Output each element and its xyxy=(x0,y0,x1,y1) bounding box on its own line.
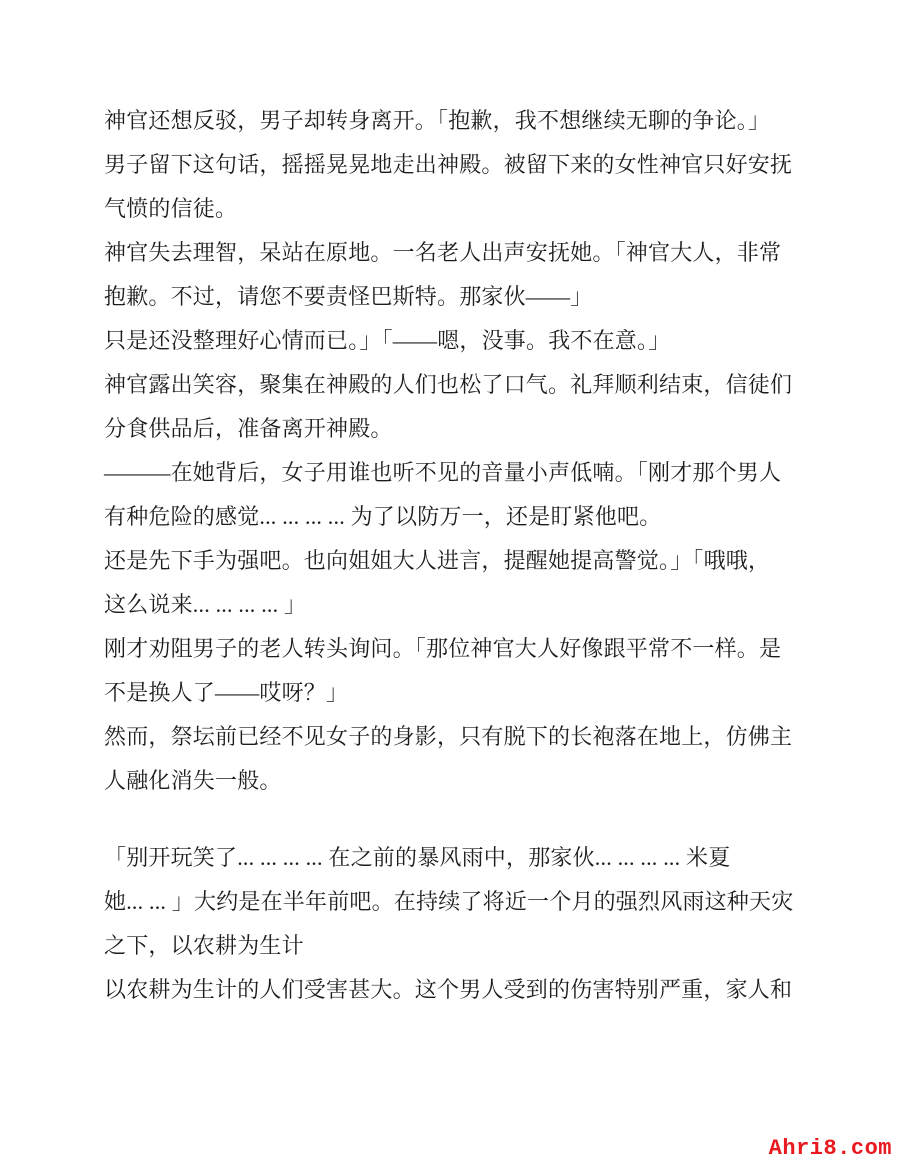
text-line: 「别开玩笑了... ... ... ... 在之前的暴风雨中，那家伙... ..… xyxy=(104,836,804,880)
text-line: 以农耕为生计的人们受害甚大。这个男人受到的伤害特别严重，家人和 xyxy=(104,968,804,1012)
text-line: 抱歉。不过，请您不要责怪巴斯特。那家伙——」 xyxy=(104,275,804,319)
text-line: 不是换人了——哎呀？」 xyxy=(104,671,804,715)
text-line: 她... ... 」大约是在半年前吧。在持续了将近一个月的强烈风雨这种天灾 xyxy=(104,880,804,924)
blank-line xyxy=(104,803,804,836)
text-line: 气愤的信徒。 xyxy=(104,187,804,231)
site-watermark: Ahri8.com xyxy=(769,1136,892,1161)
text-line: 然而，祭坛前已经不见女子的身影，只有脱下的长袍落在地上，仿佛主 xyxy=(104,715,804,759)
text-line: 人融化消失一般。 xyxy=(104,759,804,803)
text-line: 神官露出笑容，聚集在神殿的人们也松了口气。礼拜顺利结束，信徒们 xyxy=(104,363,804,407)
text-line: 这么说来... ... ... ... 」 xyxy=(104,583,804,627)
ebook-page: 神官还想反驳，男子却转身离开。「抱歉，我不想继续无聊的争论。」 男子留下这句话，… xyxy=(0,0,900,1165)
text-line: 还是先下手为强吧。也向姐姐大人进言，提醒她提高警觉。」「哦哦， xyxy=(104,539,804,583)
novel-text-block: 神官还想反驳，男子却转身离开。「抱歉，我不想继续无聊的争论。」 男子留下这句话，… xyxy=(104,99,804,1012)
text-line: 之下，以农耕为生计 xyxy=(104,924,804,968)
text-line: 有种危险的感觉... ... ... ... 为了以防万一，还是盯紧他吧。 xyxy=(104,495,804,539)
text-line: 刚才劝阻男子的老人转头询问。「那位神官大人好像跟平常不一样。是 xyxy=(104,627,804,671)
text-line: 只是还没整理好心情而已。」「——嗯，没事。我不在意。」 xyxy=(104,319,804,363)
text-line: 分食供品后，准备离开神殿。 xyxy=(104,407,804,451)
text-line: 男子留下这句话，摇摇晃晃地走出神殿。被留下来的女性神官只好安抚 xyxy=(104,143,804,187)
text-line: 神官失去理智，呆站在原地。一名老人出声安抚她。「神官大人，非常 xyxy=(104,231,804,275)
text-line: 神官还想反驳，男子却转身离开。「抱歉，我不想继续无聊的争论。」 xyxy=(104,99,804,143)
text-line: ———在她背后，女子用谁也听不见的音量小声低喃。「刚才那个男人 xyxy=(104,451,804,495)
